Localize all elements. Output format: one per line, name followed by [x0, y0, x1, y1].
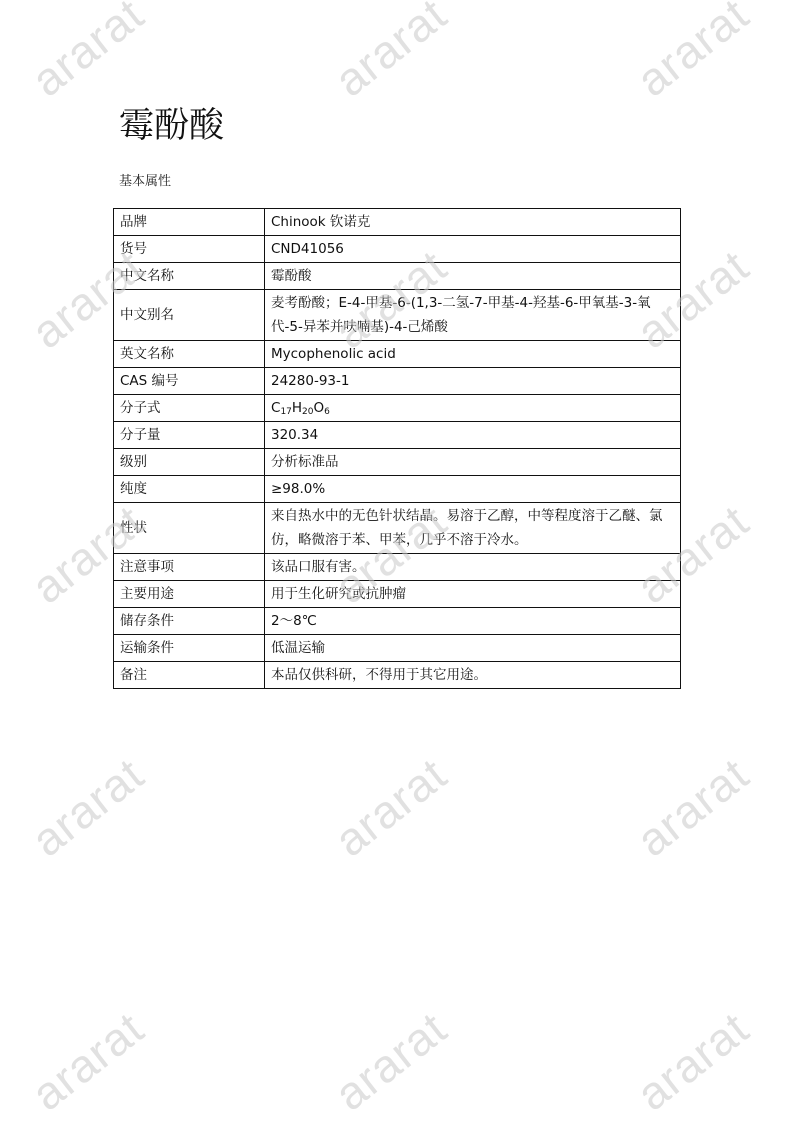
property-key: 中文别名: [114, 290, 265, 341]
section-heading-basic-properties: 基本属性: [119, 172, 171, 192]
table-row: 纯度 ≥98.0%: [114, 476, 681, 503]
table-row: CAS 编号 24280-93-1: [114, 368, 681, 395]
table-row: 品牌 Chinook 钦诺克: [114, 209, 681, 236]
property-value: 来自热水中的无色针状结晶。易溶于乙醇，中等程度溶于乙醚、氯仿，略微溶于苯、甲苯，…: [265, 503, 681, 554]
formula-element: H: [292, 400, 302, 416]
property-key: 英文名称: [114, 341, 265, 368]
table-row: 分子式 C17H20O6: [114, 395, 681, 422]
property-value: 2～8℃: [265, 608, 681, 635]
table-row: 分子量 320.34: [114, 422, 681, 449]
property-key: 纯度: [114, 476, 265, 503]
property-value: 低温运输: [265, 635, 681, 662]
table-row: 主要用途 用于生化研究或抗肿瘤: [114, 581, 681, 608]
property-value: 霉酚酸: [265, 263, 681, 290]
table-row: 注意事项 该品口服有害。: [114, 554, 681, 581]
watermark: ararat: [24, 1004, 152, 1118]
formula-subscript: 20: [302, 407, 313, 417]
property-value: Mycophenolic acid: [265, 341, 681, 368]
property-key: 运输条件: [114, 635, 265, 662]
property-key: 备注: [114, 662, 265, 689]
formula-subscript: 17: [280, 407, 291, 417]
property-value: 24280-93-1: [265, 368, 681, 395]
table-row: 运输条件 低温运输: [114, 635, 681, 662]
property-key: 注意事项: [114, 554, 265, 581]
table-row: 储存条件 2～8℃: [114, 608, 681, 635]
table-row: 备注 本品仅供科研，不得用于其它用途。: [114, 662, 681, 689]
document-page: 霉酚酸 基本属性 品牌 Chinook 钦诺克 货号 CND41056 中文名称…: [0, 0, 793, 1122]
table-row: 级别 分析标准品: [114, 449, 681, 476]
table-row: 货号 CND41056: [114, 236, 681, 263]
property-key: 级别: [114, 449, 265, 476]
formula-subscript: 6: [324, 407, 330, 417]
property-value: 本品仅供科研，不得用于其它用途。: [265, 662, 681, 689]
watermark: ararat: [24, 0, 152, 104]
table-row: 性状 来自热水中的无色针状结晶。易溶于乙醇，中等程度溶于乙醚、氯仿，略微溶于苯、…: [114, 503, 681, 554]
property-value: 麦考酚酸；E-4-甲基-6-(1,3-二氢-7-甲基-4-羟基-6-甲氧基-3-…: [265, 290, 681, 341]
watermark: ararat: [629, 1004, 757, 1118]
property-key: 性状: [114, 503, 265, 554]
property-key: 中文名称: [114, 263, 265, 290]
watermark: ararat: [327, 750, 455, 864]
property-value: Chinook 钦诺克: [265, 209, 681, 236]
watermark: ararat: [327, 0, 455, 104]
property-key: CAS 编号: [114, 368, 265, 395]
watermark: ararat: [629, 750, 757, 864]
property-key: 主要用途: [114, 581, 265, 608]
table-row: 中文名称 霉酚酸: [114, 263, 681, 290]
property-value: 用于生化研究或抗肿瘤: [265, 581, 681, 608]
table-row: 英文名称 Mycophenolic acid: [114, 341, 681, 368]
property-key: 货号: [114, 236, 265, 263]
property-key: 分子量: [114, 422, 265, 449]
watermark: ararat: [24, 750, 152, 864]
property-value: 该品口服有害。: [265, 554, 681, 581]
watermark: ararat: [629, 0, 757, 104]
property-value: ≥98.0%: [265, 476, 681, 503]
properties-table: 品牌 Chinook 钦诺克 货号 CND41056 中文名称 霉酚酸 中文别名…: [113, 208, 681, 689]
property-value-formula: C17H20O6: [265, 395, 681, 422]
property-key: 储存条件: [114, 608, 265, 635]
page-title: 霉酚酸: [119, 104, 224, 148]
property-key: 品牌: [114, 209, 265, 236]
watermark: ararat: [327, 1004, 455, 1118]
property-value: CND41056: [265, 236, 681, 263]
table-row: 中文别名 麦考酚酸；E-4-甲基-6-(1,3-二氢-7-甲基-4-羟基-6-甲…: [114, 290, 681, 341]
formula-element: O: [314, 400, 325, 416]
property-key: 分子式: [114, 395, 265, 422]
property-value: 分析标准品: [265, 449, 681, 476]
property-value: 320.34: [265, 422, 681, 449]
